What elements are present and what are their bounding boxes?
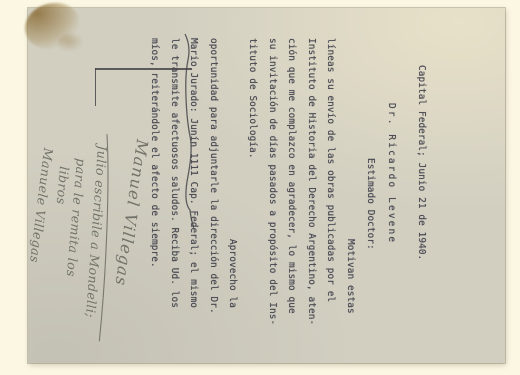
letter-body: Motivan estas líneas su envío de las obr…: [136, 38, 356, 338]
margin-annotation-line: libros: [54, 166, 72, 205]
recipient-line: Dr. Ricardo Levene: [386, 103, 397, 244]
margin-annotation-line: Manuele Villegas: [27, 147, 56, 264]
body-line: Motivan estas: [336, 38, 356, 338]
body-line: le transmite afectuosos saludos. Reciba …: [160, 38, 180, 338]
pen-margin-bracket-foot: [95, 68, 97, 106]
body-line: tituto de Sociología.: [238, 38, 258, 338]
body-line: líneas su envío de las obras publicadas …: [317, 38, 337, 338]
letter-content-rotated: Capital Federal; Junio 21 de 1940. Dr. R…: [28, 8, 505, 363]
body-line: oportunidad para adjuntarle la dirección…: [199, 38, 219, 338]
salutation-line: Estimado Doctor:: [365, 158, 376, 250]
body-line: su invitación de días pasados a propósit…: [258, 38, 278, 338]
pen-margin-bracket: [95, 68, 192, 70]
body-line: ción que me complazco en agradecer, lo m…: [278, 38, 298, 338]
body-line: Instituto de Historia del Derecho Argent…: [297, 38, 317, 338]
date-line: Capital Federal; Junio 21 de 1940.: [416, 65, 427, 260]
body-line: Aprovecho la: [219, 38, 239, 338]
pen-underline-address: [178, 32, 194, 232]
